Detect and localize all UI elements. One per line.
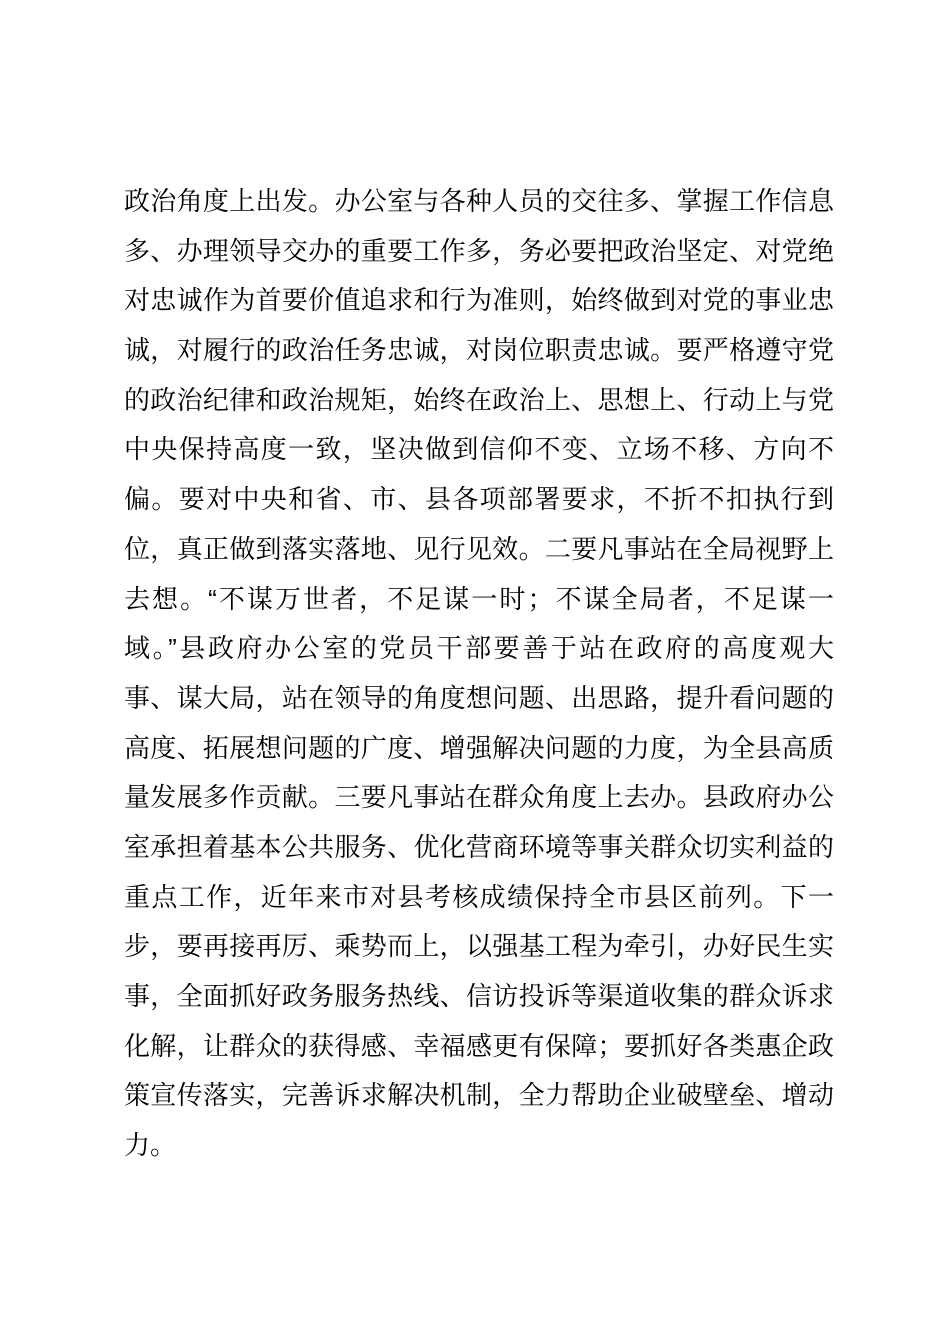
text-line: 诚，对履行的政治任务忠诚，对岗位职责忠诚。要严格遵守党 <box>124 326 834 376</box>
text-line: 策宣传落实，完善诉求解决机制，全力帮助企业破壁垒、增动 <box>124 1071 834 1121</box>
text-line: 政治角度上出发。办公室与各种人员的交往多、掌握工作信息 <box>124 177 834 227</box>
text-line: 偏。要对中央和省、市、县各项部署要求，不折不扣执行到 <box>124 475 834 525</box>
text-line: 去想。“不谋万世者，不足谋一时；不谋全局者，不足谋一 <box>124 575 834 625</box>
text-line: 步，要再接再厉、乘势而上，以强基工程为牵引，办好民生实 <box>124 922 834 972</box>
document-page: 政治角度上出发。办公室与各种人员的交往多、掌握工作信息 多、办理领导交办的重要工… <box>0 0 950 1344</box>
text-line: 室承担着基本公共服务、优化营商环境等事关群众切实利益的 <box>124 823 834 873</box>
document-text-block: 政治角度上出发。办公室与各种人员的交往多、掌握工作信息 多、办理领导交办的重要工… <box>124 177 834 1171</box>
text-line: 事，全面抓好政务服务热线、信访投诉等渠道收集的群众诉求 <box>124 972 834 1022</box>
text-line: 量发展多作贡献。三要凡事站在群众角度上去办。县政府办公 <box>124 773 834 823</box>
text-line: 高度、拓展想问题的广度、增强解决问题的力度，为全县高质 <box>124 724 834 774</box>
text-line: 位，真正做到落实落地、见行见效。二要凡事站在全局视野上 <box>124 525 834 575</box>
text-line: 事、谋大局，站在领导的角度想问题、出思路，提升看问题的 <box>124 674 834 724</box>
text-line: 对忠诚作为首要价值追求和行为准则，始终做到对党的事业忠 <box>124 276 834 326</box>
text-line: 多、办理领导交办的重要工作多，务必要把政治坚定、对党绝 <box>124 227 834 277</box>
text-line: 域。”县政府办公室的党员干部要善于站在政府的高度观大 <box>124 624 834 674</box>
text-line: 的政治纪律和政治规矩，始终在政治上、思想上、行动上与党 <box>124 376 834 426</box>
text-line: 中央保持高度一致，坚决做到信仰不变、立场不移、方向不 <box>124 425 834 475</box>
text-line: 重点工作，近年来市对县考核成绩保持全市县区前列。下一 <box>124 873 834 923</box>
text-line: 力。 <box>124 1121 834 1171</box>
text-line: 化解，让群众的获得感、幸福感更有保障；要抓好各类惠企政 <box>124 1022 834 1072</box>
